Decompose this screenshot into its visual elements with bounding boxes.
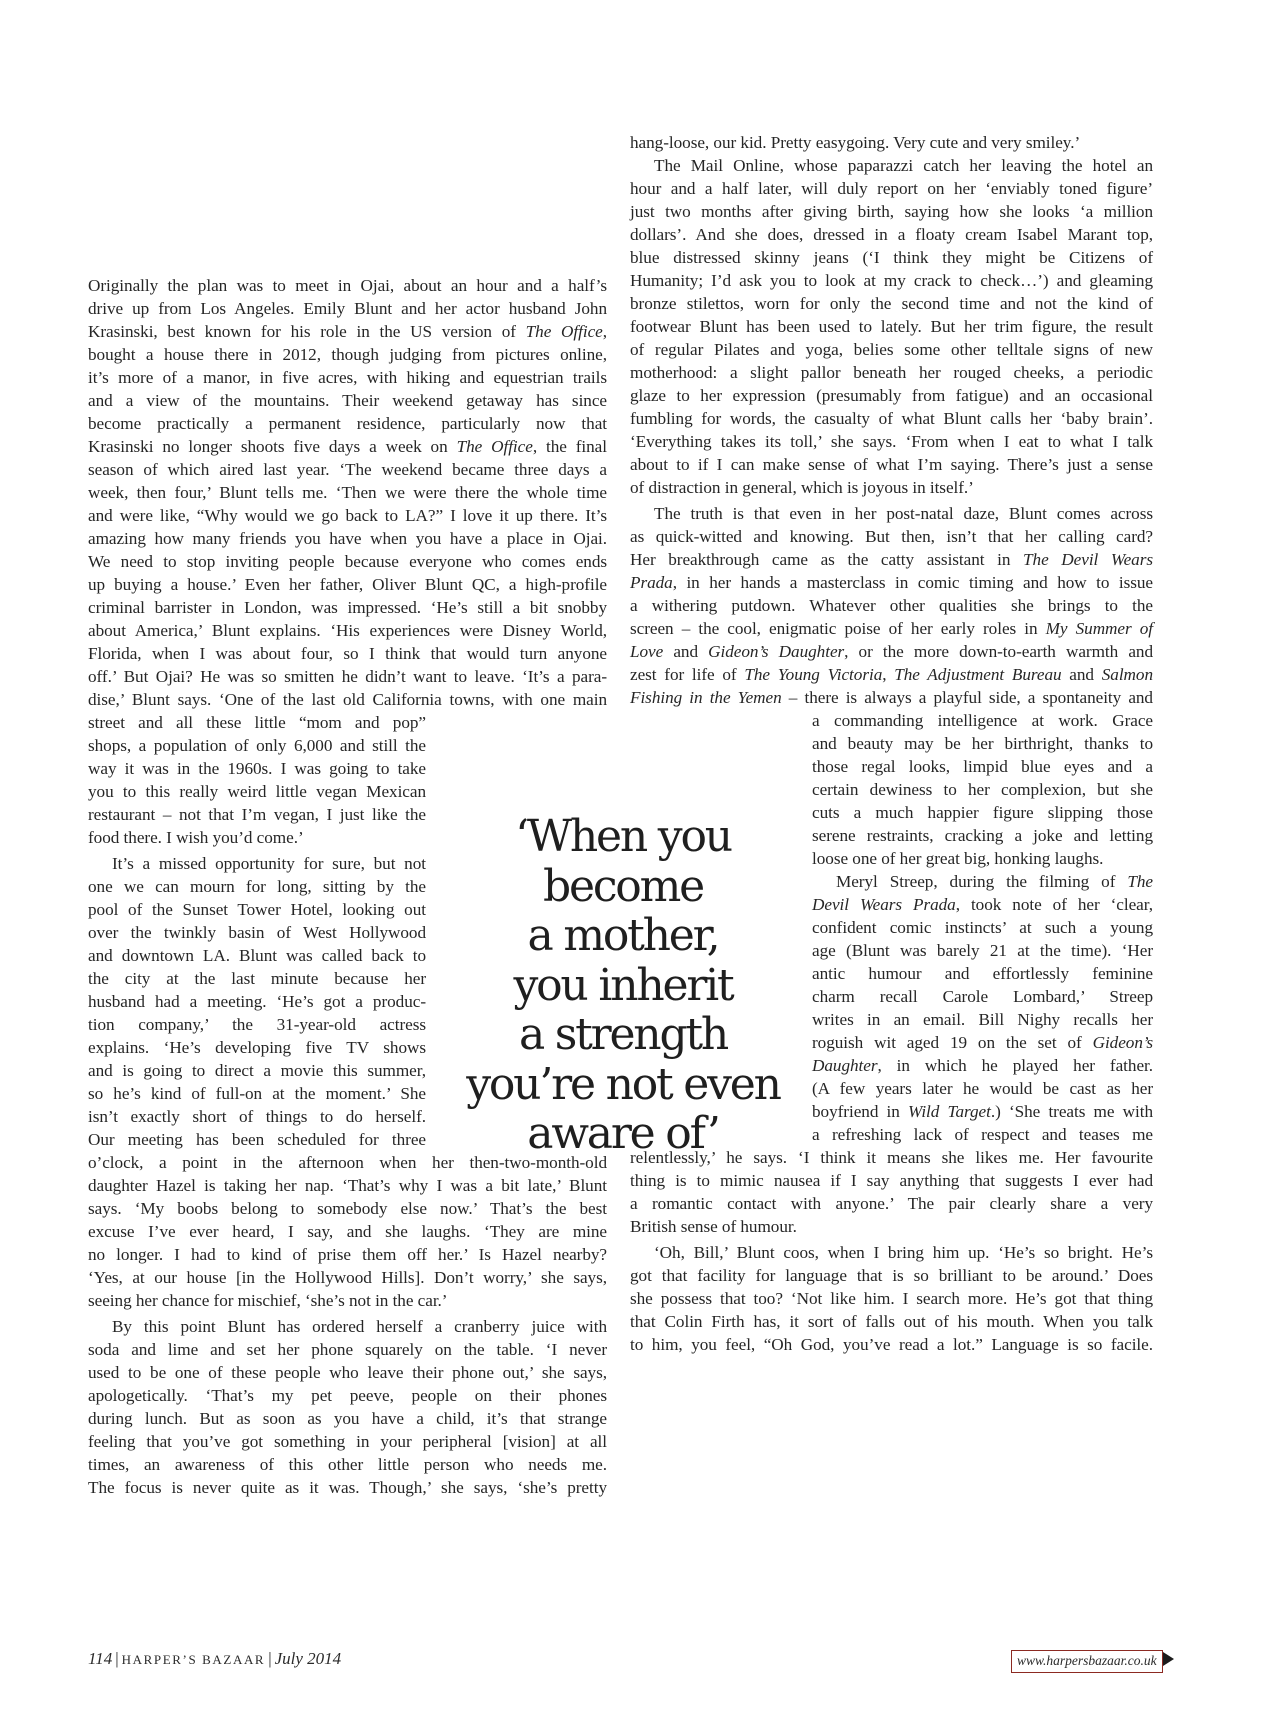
body-line: and is going to direct a movie this summ… <box>88 1058 426 1083</box>
body-line: a withering putdown. Whatever other qual… <box>630 593 1153 618</box>
body-line: ‘Oh, Bill,’ Blunt coos, when I bring him… <box>630 1240 1153 1265</box>
magazine-page: Originally the plan was to meet in Ojai,… <box>0 0 1270 1713</box>
body-line: Prada, in her hands a masterclass in com… <box>630 570 1153 595</box>
title-italic: Devil Wears Prada <box>812 895 956 914</box>
body-line: a commanding intelligence at work. Grace <box>812 708 1153 733</box>
body-line: glaze to her expression (presumably from… <box>630 383 1153 408</box>
body-line: of regular Pilates and yoga, belies some… <box>630 337 1153 362</box>
body-line: used to be one of these people who leave… <box>88 1360 607 1385</box>
body-line: hang-loose, our kid. Pretty easygoing. V… <box>630 130 1153 155</box>
pull-quote-line: become <box>458 862 788 912</box>
body-line: up buying a house.’ Even her father, Oli… <box>88 572 607 597</box>
title-italic: Salmon <box>1102 665 1153 684</box>
body-line: By this point Blunt has ordered herself … <box>88 1314 607 1339</box>
text-span: and <box>1062 665 1102 684</box>
body-line: Humanity; I’d ask you to look at my crac… <box>630 268 1153 293</box>
magazine-name: Harper’s Bazaar <box>122 1652 266 1667</box>
body-line: it’s more of a manor, in five acres, wit… <box>88 365 607 390</box>
body-line: ‘Everything takes its toll,’ she says. ‘… <box>630 429 1153 454</box>
body-line: soda and lime and set her phone squarely… <box>88 1337 607 1362</box>
body-line: roguish wit aged 19 on the set of Gideon… <box>812 1030 1153 1055</box>
body-line: hour and a half later, will duly report … <box>630 176 1153 201</box>
pull-quote-line: you inherit <box>458 961 788 1011</box>
body-line: charm recall Carole Lombard,’ Streep <box>812 984 1153 1009</box>
text-span: , <box>882 665 894 684</box>
body-line: the city at the last minute because her <box>88 966 426 991</box>
pull-quote-line: a mother, <box>458 911 788 961</box>
pull-quote-line: a strength <box>458 1010 788 1060</box>
title-italic: Gideon’s Daughter <box>708 642 844 661</box>
body-line: British sense of humour. <box>630 1214 1153 1239</box>
page-number: 114 <box>88 1649 112 1668</box>
body-line: says. ‘My boobs belong to somebody else … <box>88 1196 607 1221</box>
body-line: a romantic contact with anyone.’ The pai… <box>630 1191 1153 1216</box>
body-line: those regal looks, limpid blue eyes and … <box>812 754 1153 779</box>
body-line: We need to stop inviting people because … <box>88 549 607 574</box>
text-span: , took note of her ‘clear, <box>956 895 1153 914</box>
body-line: shops, a population of only 6,000 and st… <box>88 733 426 758</box>
body-line: The truth is that even in her post-natal… <box>630 501 1153 526</box>
text-span: – there is always a playful side, a spon… <box>782 688 1153 707</box>
body-line: husband had a meeting. ‘He’s got a produ… <box>88 989 426 1014</box>
text-span: , the final <box>533 437 607 456</box>
body-line: no longer. I had to kind of prise them o… <box>88 1242 607 1267</box>
body-line: The focus is never quite as it was. Thou… <box>88 1475 607 1500</box>
body-line: excuse I’ve ever heard, I say, and she l… <box>88 1219 607 1244</box>
title-italic: Fishing in the Yemen <box>630 688 782 707</box>
body-line: footwear Blunt has been used to lately. … <box>630 314 1153 339</box>
body-line: way it was in the 1960s. I was going to … <box>88 756 426 781</box>
text-span: , in her hands a masterclass in comic ti… <box>673 573 1153 592</box>
body-line: restaurant – not that I’m vegan, I just … <box>88 802 426 827</box>
body-line: street and all these little “mom and pop… <box>88 710 426 735</box>
body-line: amazing how many friends you have when y… <box>88 526 607 551</box>
page-folio: 114|Harper’s Bazaar|July 2014 <box>88 1647 341 1672</box>
body-line: screen – the cool, enigmatic poise of he… <box>630 616 1153 641</box>
pull-quote-line: aware of’ <box>458 1109 788 1159</box>
body-line: about America,’ Blunt explains. ‘His exp… <box>88 618 607 643</box>
title-italic: Love <box>630 642 663 661</box>
body-line: blue distressed skinny jeans (‘I think t… <box>630 245 1153 270</box>
body-line: food there. I wish you’d come.’ <box>88 825 426 850</box>
body-line: times, an awareness of this other little… <box>88 1452 607 1477</box>
body-line: Meryl Streep, during the filming of The <box>812 869 1153 894</box>
body-line: certain dewiness to her complexion, but … <box>812 777 1153 802</box>
body-line: become practically a permanent residence… <box>88 411 607 436</box>
body-line: and beauty may be her birthright, thanks… <box>812 731 1153 756</box>
body-line: as quick-witted and knowing. But then, i… <box>630 524 1153 549</box>
body-line: Our meeting has been scheduled for three <box>88 1127 426 1152</box>
body-line: cuts a much happier figure slipping thos… <box>812 800 1153 825</box>
body-line: Daughter, in which he played her father. <box>812 1053 1153 1078</box>
body-line: tion company,’ the 31-year-old actress <box>88 1012 426 1037</box>
title-italic: Gideon’s <box>1093 1033 1153 1052</box>
body-line: Originally the plan was to meet in Ojai,… <box>88 273 607 298</box>
body-line: thing is to mimic nausea if I say anythi… <box>630 1168 1153 1193</box>
body-line: so he’s kind of full-on at the moment.’ … <box>88 1081 426 1106</box>
body-line: isn’t exactly short of things to do hers… <box>88 1104 426 1129</box>
body-line: feeling that you’ve got something in you… <box>88 1429 607 1454</box>
title-italic: The Devil Wears <box>1023 550 1153 569</box>
body-line: and downtown LA. Blunt was called back t… <box>88 943 426 968</box>
body-line: criminal barrister in London, was impres… <box>88 595 607 620</box>
text-span: zest for life of <box>630 665 744 684</box>
body-line: you to this really weird little vegan Me… <box>88 779 426 804</box>
text-span: , or the more down-to-earth warmth and <box>844 642 1153 661</box>
body-line: one we can mourn for long, sitting by th… <box>88 874 426 899</box>
body-line: she possess that too? ‘Not like him. I s… <box>630 1286 1153 1311</box>
body-line: (A few years later he would be cast as h… <box>812 1076 1153 1101</box>
body-line: seeing her chance for mischief, ‘she’s n… <box>88 1288 607 1313</box>
body-line: pool of the Sunset Tower Hotel, looking … <box>88 897 426 922</box>
title-italic: The Young Victoria <box>744 665 882 684</box>
body-line: zest for life of The Young Victoria, The… <box>630 662 1153 687</box>
body-line: dollars’. And she does, dressed in a flo… <box>630 222 1153 247</box>
text-span: , <box>603 322 607 341</box>
pull-quote: ‘When you become a mother, you inherit a… <box>458 812 788 1159</box>
pull-quote-line: ‘When you <box>458 812 788 862</box>
body-line: fumbling for words, the casualty of what… <box>630 406 1153 431</box>
body-line: to him, you feel, “Oh God, you’ve read a… <box>630 1332 1153 1357</box>
title-italic: My Summer of <box>1046 619 1153 638</box>
body-line: got that facility for language that is s… <box>630 1263 1153 1288</box>
body-line: of distraction in general, which is joyo… <box>630 475 1153 500</box>
right-triangle-icon <box>1163 1652 1174 1666</box>
body-line: age (Blunt was barely 21 at the time). ‘… <box>812 938 1153 963</box>
body-line: bought a house there in 2012, though jud… <box>88 342 607 367</box>
body-line: daughter Hazel is taking her nap. ‘That’… <box>88 1173 607 1198</box>
body-line: The Mail Online, whose paparazzi catch h… <box>630 153 1153 178</box>
body-line: that Colin Firth has, it sort of falls o… <box>630 1309 1153 1334</box>
text-span: Her breakthrough came as the catty assis… <box>630 550 1023 569</box>
folio-separator: | <box>268 1649 271 1668</box>
folio-separator: | <box>115 1649 118 1668</box>
title-italic: The Office <box>526 322 603 341</box>
body-line: off.’ But Ojai? He was so smitten he did… <box>88 664 607 689</box>
body-line: Her breakthrough came as the catty assis… <box>630 547 1153 572</box>
body-line: bronze stilettos, worn for only the seco… <box>630 291 1153 316</box>
body-line: season of which aired last year. ‘The we… <box>88 457 607 482</box>
text-span: roguish wit aged 19 on the set of <box>812 1033 1093 1052</box>
body-line: Krasinski, best known for his role in th… <box>88 319 607 344</box>
issue-date: July 2014 <box>275 1649 342 1668</box>
body-line: and a view of the mountains. Their weeke… <box>88 388 607 413</box>
body-line: during lunch. But as soon as you have a … <box>88 1406 607 1431</box>
body-line: It’s a missed opportunity for sure, but … <box>88 851 426 876</box>
body-line: antic humour and effortlessly feminine <box>812 961 1153 986</box>
body-line: and were like, “Why would we go back to … <box>88 503 607 528</box>
text-span: boyfriend in <box>812 1102 908 1121</box>
title-italic: The <box>1127 872 1153 891</box>
body-line: drive up from Los Angeles. Emily Blunt a… <box>88 296 607 321</box>
body-line: a refreshing lack of respect and teases … <box>812 1122 1153 1147</box>
body-line: Florida, when I was about four, so I thi… <box>88 641 607 666</box>
body-line: just two months after giving birth, sayi… <box>630 199 1153 224</box>
body-line: Krasinski no longer shoots five days a w… <box>88 434 607 459</box>
title-italic: The Adjustment Bureau <box>894 665 1061 684</box>
text-span: Meryl Streep, during the filming of <box>836 872 1127 891</box>
title-italic: The Office <box>457 437 533 456</box>
body-line: serene restraints, cracking a joke and l… <box>812 823 1153 848</box>
text-span: screen – the cool, enigmatic poise of he… <box>630 619 1046 638</box>
pull-quote-line: you’re not even <box>458 1060 788 1110</box>
body-line: explains. ‘He’s developing five TV shows <box>88 1035 426 1060</box>
body-line: dise,’ Blunt says. ‘One of the last old … <box>88 687 607 712</box>
body-line: over the twinkly basin of West Hollywood <box>88 920 426 945</box>
text-span: and <box>663 642 708 661</box>
body-line: Love and Gideon’s Daughter, or the more … <box>630 639 1153 664</box>
body-line: ‘Yes, at our house [in the Hollywood Hil… <box>88 1265 607 1290</box>
website-link[interactable]: www.harpersbazaar.co.uk <box>1011 1650 1163 1673</box>
text-span: , in which he played her father. <box>877 1056 1153 1075</box>
text-span: .) ‘She treats me with <box>991 1102 1153 1121</box>
body-line: apologetically. ‘That’s my pet peeve, pe… <box>88 1383 607 1408</box>
body-line: Devil Wears Prada, took note of her ‘cle… <box>812 892 1153 917</box>
text-span: Krasinski no longer shoots five days a w… <box>88 437 457 456</box>
title-italic: Prada <box>630 573 673 592</box>
title-italic: Daughter <box>812 1056 877 1075</box>
body-line: Fishing in the Yemen – there is always a… <box>630 685 1153 710</box>
body-line: about to if I can make sense of what I’m… <box>630 452 1153 477</box>
text-span: Krasinski, best known for his role in th… <box>88 322 526 341</box>
body-line: loose one of her great big, honking laug… <box>812 846 1153 871</box>
body-line: boyfriend in Wild Target.) ‘She treats m… <box>812 1099 1153 1124</box>
title-italic: Wild Target <box>908 1102 991 1121</box>
body-line: week, then four,’ Blunt tells me. ‘Then … <box>88 480 607 505</box>
body-line: writes in an email. Bill Nighy recalls h… <box>812 1007 1153 1032</box>
body-line: confident comic instincts’ at such a you… <box>812 915 1153 940</box>
body-line: motherhood: a slight pallor beneath her … <box>630 360 1153 385</box>
